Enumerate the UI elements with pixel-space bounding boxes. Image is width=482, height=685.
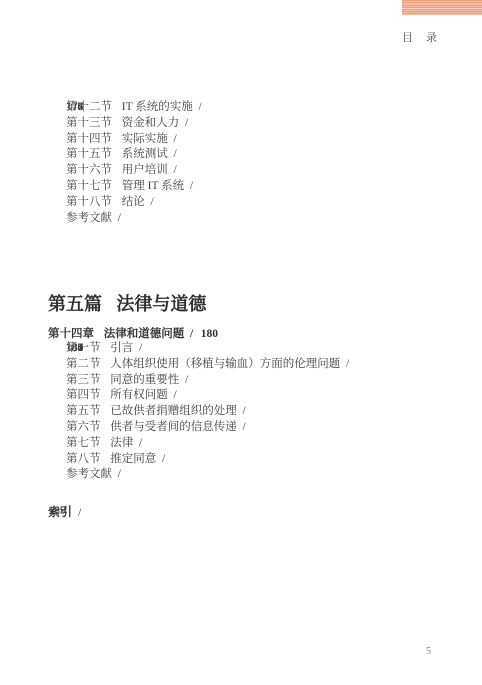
- toc-page: 目 录 第十二节IT 系统的实施/174第十三节资金和人力/175第十四节实际实…: [0, 0, 482, 685]
- section-list-previous-chapter: 第十二节IT 系统的实施/174第十三节资金和人力/175第十四节实际实施/17…: [66, 100, 209, 226]
- part-number-label: 第五篇: [48, 294, 102, 314]
- entry-page: 177: [66, 100, 209, 226]
- part-title: 法律与道德: [116, 294, 206, 314]
- index-entry-row: 索引/189: [48, 503, 89, 520]
- corner-stripes-decoration: [402, 0, 482, 15]
- folio-page-mark: 5: [426, 646, 431, 657]
- entry-page: 187: [66, 341, 357, 483]
- separator-slash: /: [190, 328, 193, 340]
- chapter-title: 法律和道德问题: [104, 328, 185, 340]
- toc-entry: 参考文献/187: [66, 467, 357, 483]
- index-page-number: 189: [48, 503, 89, 520]
- running-head: 目 录: [402, 29, 438, 45]
- toc-entry: 参考文献/177: [66, 211, 209, 227]
- part-heading: 第五篇法律与道德: [48, 290, 206, 316]
- section-list-chapter14: 第一节引言/180第二节人体组织使用（移植与输血）方面的伦理问题/180第三节同…: [66, 341, 357, 483]
- chapter-page-number: 180: [201, 328, 218, 340]
- chapter-number-label: 第十四章: [48, 328, 94, 340]
- chapter-heading-row: 第十四章法律和道德问题/180: [48, 325, 218, 341]
